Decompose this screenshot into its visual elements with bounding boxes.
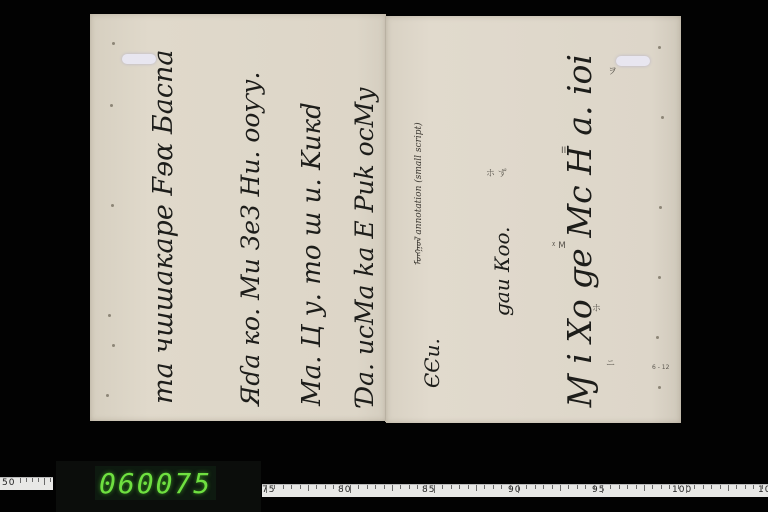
ruler-tick bbox=[720, 485, 721, 489]
handwritten-line-5: ЄЄи. bbox=[420, 338, 444, 388]
ruler-tick bbox=[358, 485, 359, 489]
ruler-tick bbox=[678, 485, 679, 489]
ruler-tick bbox=[644, 485, 645, 491]
ruler-tick bbox=[266, 485, 267, 493]
ruler-tick bbox=[459, 485, 460, 489]
paper-spot bbox=[661, 116, 664, 119]
ruler-tick bbox=[636, 485, 637, 489]
ruler-tick bbox=[627, 485, 628, 489]
ruler-tick bbox=[560, 485, 561, 491]
ruler-tick bbox=[728, 485, 729, 491]
ruler-tick bbox=[711, 485, 712, 489]
ruler-tick bbox=[342, 485, 343, 489]
ruler-tick bbox=[518, 485, 519, 493]
ruler-tick bbox=[694, 485, 695, 489]
ruler-tick bbox=[493, 485, 494, 489]
left-page: ma чшшакаре Fɘɑ Басnа Яɗа ко. Ми ЗеЗ Hи.… bbox=[90, 14, 386, 421]
handwritten-line-3: Ma. Ц у. то ш и. Kuкd bbox=[297, 102, 327, 406]
ruler-tick bbox=[300, 485, 301, 489]
ruler-tick bbox=[619, 485, 620, 489]
ruler-tick bbox=[577, 485, 578, 489]
punch-hole bbox=[616, 56, 650, 66]
paper-spot bbox=[111, 204, 114, 207]
ruler-tick bbox=[316, 485, 317, 489]
ruler-tick bbox=[602, 485, 603, 493]
paper-spot bbox=[110, 104, 113, 107]
ruler-tick bbox=[325, 485, 326, 489]
ruler-tick bbox=[753, 485, 754, 489]
ruler-tick bbox=[283, 485, 284, 489]
handwritten-line-7: Ɱ i Xo ɡe Mc H a. ioi bbox=[560, 54, 599, 408]
annotation-mark: II bbox=[561, 146, 566, 156]
ruler-label: 100 bbox=[672, 485, 692, 495]
annotation-mark: 6 - 12 bbox=[652, 364, 669, 371]
annotation-mark: ホ ず bbox=[486, 166, 507, 179]
ruler-tick bbox=[661, 485, 662, 489]
ruler-tick bbox=[736, 485, 737, 489]
ruler-tick bbox=[417, 485, 418, 489]
small-script-line: ᠮᠣᠩᠭᠣᠯ annotation (small script) bbox=[408, 122, 424, 266]
ruler-tick bbox=[409, 485, 410, 489]
ruler-tick bbox=[510, 485, 511, 489]
ruler-tick bbox=[350, 485, 351, 493]
ruler-tick bbox=[308, 485, 309, 491]
ruler-tick bbox=[274, 485, 275, 489]
ruler-tick bbox=[367, 485, 368, 489]
ruler-tick bbox=[594, 485, 595, 489]
paper-spot bbox=[112, 344, 115, 347]
paper-spot bbox=[112, 42, 115, 45]
ruler-tick bbox=[484, 485, 485, 489]
frame-counter: 060075 bbox=[95, 466, 216, 500]
ruler-tick bbox=[552, 485, 553, 489]
ruler-tick bbox=[451, 485, 452, 489]
ruler-tick bbox=[762, 485, 763, 489]
ruler-tick bbox=[585, 485, 586, 489]
paper-spot bbox=[658, 276, 661, 279]
ruler-tick bbox=[686, 485, 687, 493]
paper-spot bbox=[658, 46, 661, 49]
ruler-tick bbox=[392, 485, 393, 491]
measuring-tape-right: 75 80 85 90 95 100 10 bbox=[262, 484, 768, 497]
ruler-tick bbox=[291, 485, 292, 489]
paper-spot bbox=[656, 336, 659, 339]
ruler-label: 10 bbox=[758, 485, 768, 495]
ruler-tick bbox=[400, 485, 401, 489]
annotation-mark: ᵡ M bbox=[552, 241, 566, 251]
measuring-tape-left: 50 bbox=[0, 477, 53, 490]
paper-spot bbox=[658, 386, 661, 389]
annotation-mark: ニ bbox=[606, 356, 615, 369]
paper-spot bbox=[659, 206, 662, 209]
ruler-tick bbox=[745, 485, 746, 489]
handwritten-line-4: Ɗa. ucMa ka E Puk ocMy bbox=[350, 88, 379, 406]
ruler-tick bbox=[543, 485, 544, 489]
ruler-label: 50 bbox=[2, 478, 15, 488]
ruler-tick bbox=[501, 485, 502, 489]
ruler-tick bbox=[476, 485, 477, 491]
ruler-tick bbox=[333, 485, 334, 489]
led-display: 060075 bbox=[95, 466, 216, 500]
paper-spot bbox=[106, 394, 109, 397]
ruler-tick bbox=[669, 485, 670, 489]
ruler-tick bbox=[703, 485, 704, 489]
ruler-tick bbox=[384, 485, 385, 489]
ruler-tick bbox=[568, 485, 569, 489]
ruler-tick bbox=[526, 485, 527, 489]
ruler-tick bbox=[442, 485, 443, 489]
right-page: ᠮᠣᠩᠭᠣᠯ annotation (small script) ЄЄи. ɡa… bbox=[386, 16, 681, 423]
counter-value: 060075 bbox=[99, 467, 212, 500]
ruler-tick bbox=[652, 485, 653, 489]
paper-spot bbox=[108, 314, 111, 317]
ruler-tick bbox=[468, 485, 469, 489]
ruler-tick bbox=[375, 485, 376, 489]
ruler-tick bbox=[610, 485, 611, 489]
handwritten-line-6: ɡau Кoo. bbox=[490, 226, 514, 316]
handwritten-line-1: ma чшшакаре Fɘɑ Басnа bbox=[148, 50, 179, 404]
ruler-tick bbox=[426, 485, 427, 489]
ruler-tick bbox=[535, 485, 536, 489]
annotation-mark: ヲ bbox=[608, 64, 617, 77]
ruler-tick bbox=[434, 485, 435, 493]
handwritten-line-2: Яɗа ко. Ми ЗеЗ Hи. ооƴу. bbox=[236, 72, 265, 407]
annotation-mark: ホ bbox=[592, 301, 601, 314]
